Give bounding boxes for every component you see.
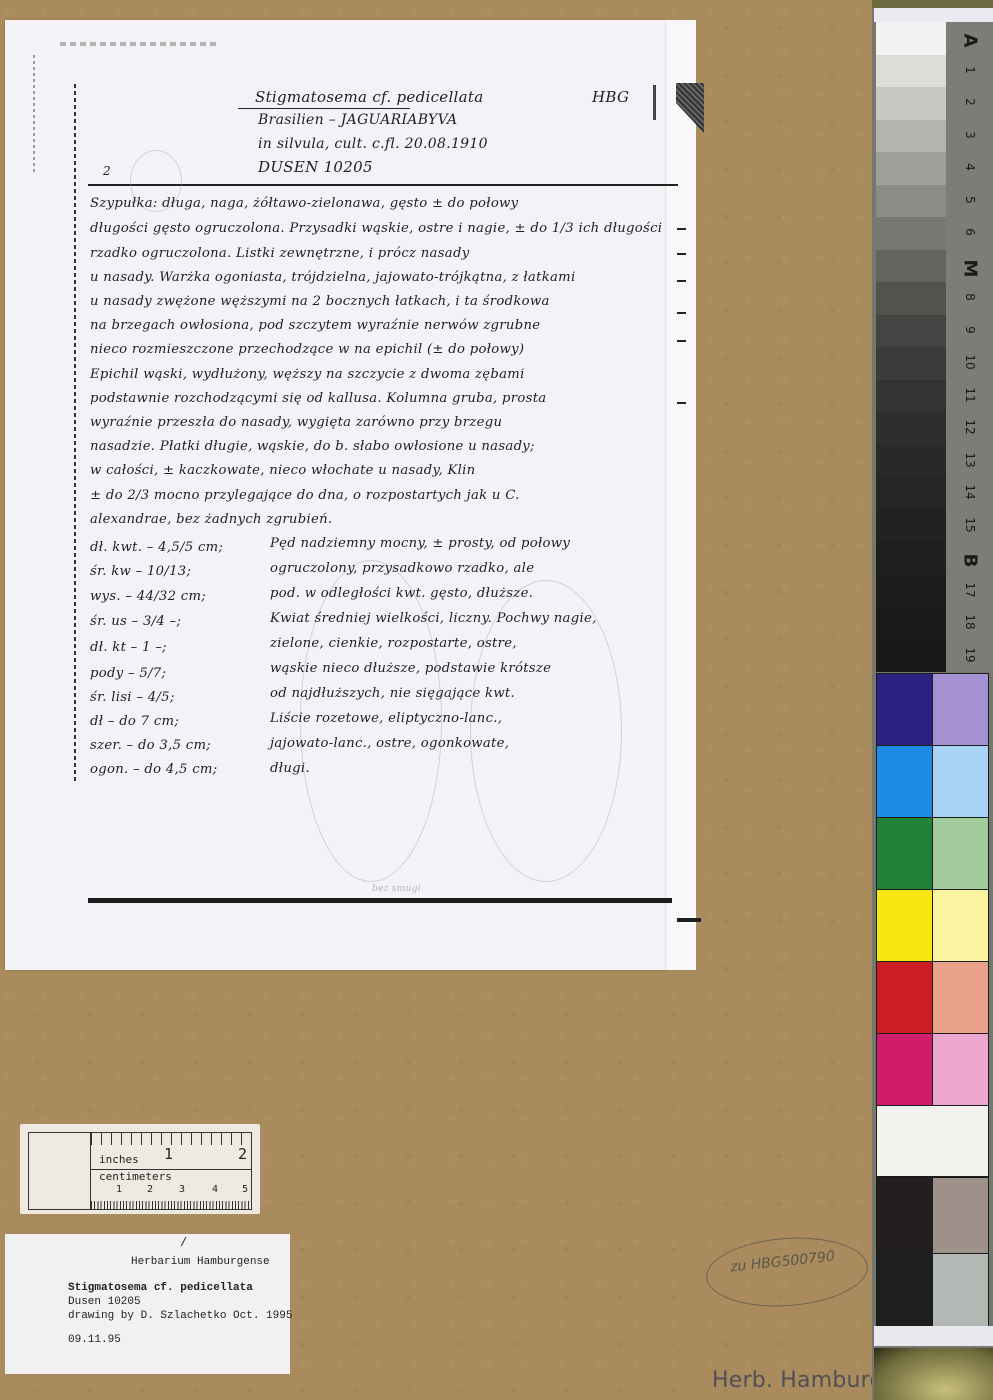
gray-step-label: 12 <box>963 412 977 442</box>
checker-bottom-edge <box>874 1348 993 1400</box>
checker-top-edge <box>872 0 993 8</box>
white-patch <box>876 1105 989 1177</box>
color-checker: A123456M89101112131415B171819 <box>872 0 993 1400</box>
label-taxon: Stigmatosema cf. pedicellata <box>68 1282 253 1294</box>
measurement: śr. lisi – 4/5; <box>90 690 175 705</box>
measurement: ogon. – do 4,5 cm; <box>90 762 217 777</box>
inch-mark-2: 2 <box>238 1145 247 1163</box>
color-patch-light <box>932 961 989 1034</box>
gray-step-label: 2 <box>963 87 977 117</box>
gray-step-label: 10 <box>963 347 977 377</box>
gray-step-label: 3 <box>963 120 977 150</box>
gray-step-label: 4 <box>963 152 977 182</box>
gray-step <box>876 22 946 55</box>
cm-mark: 2 <box>147 1184 153 1195</box>
gray-step <box>876 445 946 478</box>
specimen-title: Stigmatosema cf. pedicellata <box>255 88 483 106</box>
color-patch-dark <box>876 745 933 818</box>
measurement: wys. – 44/32 cm; <box>90 589 206 604</box>
gray-step-label: M <box>960 253 981 283</box>
label-drawing-credit: drawing by D. Szlachetko Oct. 1995 <box>68 1310 292 1322</box>
description-line: Liście rozetowe, eliptyczno-lanc., <box>270 711 502 726</box>
body-line: rzadko ogruczolona. Listki zewnętrzne, i… <box>90 246 469 261</box>
body-line: wyraźnie przeszła do nasady, wygięta zar… <box>90 415 502 430</box>
body-line: nieco rozmieszczone przechodzące w na ep… <box>90 342 524 357</box>
pencil-note: bez smugi <box>372 884 421 894</box>
body-line: Szypułka: długa, naga, żółtawo-zielonawa… <box>90 196 518 211</box>
gray-step <box>876 152 946 185</box>
gray-step <box>876 575 946 608</box>
page-number: 2 <box>103 164 111 178</box>
color-patch-dark <box>876 961 933 1034</box>
gray-step <box>876 185 946 218</box>
gray-step-label: 14 <box>963 477 977 507</box>
color-patch-light <box>932 817 989 890</box>
measurement: dł – do 7 cm; <box>90 714 179 729</box>
copy-artifact-left <box>33 55 35 175</box>
gray-step <box>876 607 946 640</box>
description-line: pod. w odległości kwt. gęsto, dłuższe. <box>270 586 533 601</box>
gray-step-label: 5 <box>963 185 977 215</box>
gray-step-label: A <box>960 26 981 56</box>
color-patch-dark <box>876 1033 933 1106</box>
habitat-date: in silvula, cult. c.fl. 20.08.1910 <box>258 136 488 152</box>
copy-artifact-bar <box>653 85 656 120</box>
description-line: ogruczolony, przysadkowo rzadko, ale <box>270 561 534 576</box>
measurement: śr. us – 3/4 –; <box>90 614 181 629</box>
gray-step-label: 13 <box>963 445 977 475</box>
ruler-blank-area <box>28 1132 91 1210</box>
label-tick-mark: / <box>180 1236 187 1250</box>
gray-step <box>876 87 946 120</box>
inch-ticks <box>91 1133 251 1145</box>
herbarium-label: / Herbarium Hamburgense Stigmatosema cf.… <box>5 1234 290 1374</box>
gray-step-label: 19 <box>963 640 977 670</box>
gray-step <box>876 55 946 88</box>
gray-step-label: 1 <box>963 55 977 85</box>
description-line: jajowato-lanc., ostre, ogonkowate, <box>270 736 509 751</box>
body-line: w całości, ± kaczkowate, nieco włochate … <box>90 463 475 478</box>
color-patch-light <box>932 1033 989 1106</box>
measurement: szer. – do 3,5 cm; <box>90 738 211 753</box>
gray-step <box>876 282 946 315</box>
neutral-patch-dark <box>876 1177 933 1254</box>
description-line: Pęd nadziemny mocny, ± prosty, od połowy <box>270 536 570 551</box>
body-line: nasadzie. Płatki długie, wąskie, do b. s… <box>90 439 535 454</box>
copy-artifact-bottom-bar <box>88 898 672 903</box>
herbarium-stamp: Herb. Hamburg. <box>712 1368 891 1393</box>
measurement: dł. kwt. – 4,5/5 cm; <box>90 540 223 555</box>
gray-step <box>876 347 946 380</box>
copy-artifact-margin-line <box>74 84 76 784</box>
body-line: podstawnie rozchodzącymi się od kallusa.… <box>90 391 546 406</box>
color-patch-dark <box>876 817 933 890</box>
description-line: wąskie nieco dłuższe, podstawie krótsze <box>270 661 551 676</box>
label-date: 09.11.95 <box>68 1334 121 1346</box>
description-line: zielone, cienkie, rozpostarte, ostre, <box>270 636 517 651</box>
gray-step-label: 8 <box>963 282 977 312</box>
gray-step <box>876 640 946 673</box>
body-line: u nasady zwężone węższymi na 2 bocznych … <box>90 294 550 309</box>
gray-step-label: 11 <box>963 380 977 410</box>
ruler-scale: inches 1 2 centimeters 1 2 3 4 5 <box>90 1132 252 1210</box>
gray-step <box>876 120 946 153</box>
scale-ruler: inches 1 2 centimeters 1 2 3 4 5 <box>20 1124 260 1214</box>
description-line: Kwiat średniej wielkości, liczny. Pochwy… <box>270 611 597 626</box>
measurement: pody – 5/7; <box>90 666 166 681</box>
inches-label: inches <box>99 1153 139 1166</box>
cm-mark: 4 <box>212 1184 218 1195</box>
gray-step-label: 17 <box>963 575 977 605</box>
cm-mark: 5 <box>242 1184 248 1195</box>
description-line: od najdłuższych, nie sięgające kwt. <box>270 686 515 701</box>
gray-step-label: 6 <box>963 217 977 247</box>
gray-step-label: B <box>960 546 981 576</box>
gray-step-label: 15 <box>963 510 977 540</box>
herbarium-code: HBG <box>592 88 629 106</box>
gray-step <box>876 542 946 575</box>
color-patch-dark <box>876 673 933 746</box>
collector-number: DUSEN 10205 <box>258 158 373 176</box>
copy-artifact-bottom-tick <box>677 918 701 922</box>
color-patch-dark <box>876 889 933 962</box>
color-patch-light <box>932 745 989 818</box>
description-line: długi. <box>270 761 310 776</box>
measurement: dł. kt – 1 –; <box>90 640 167 655</box>
copy-artifact-top <box>60 42 220 46</box>
cm-ticks <box>91 1201 251 1209</box>
gray-step <box>876 380 946 413</box>
body-line: alexandrae, bez żadnych zgrubień. <box>90 512 332 527</box>
body-line: długości gęsto ogruczolona. Przysadki wą… <box>90 221 662 236</box>
gray-step <box>876 477 946 510</box>
body-line: u nasady. Warżka ogoniasta, trójdzielna,… <box>90 270 575 285</box>
color-patch-light <box>932 673 989 746</box>
locality: Brasilien – JAGUARIABYVA <box>258 112 457 128</box>
neutral-patch-dark <box>876 1253 933 1330</box>
title-underline <box>238 108 410 109</box>
checker-white-band <box>874 8 993 22</box>
gray-step <box>876 315 946 348</box>
gray-step <box>876 217 946 250</box>
gray-step <box>876 510 946 543</box>
label-collector-number: Dusen 10205 <box>68 1296 141 1308</box>
centimeters-label: centimeters <box>99 1170 172 1183</box>
body-line: ± do 2/3 mocno przylegające do dna, o ro… <box>90 488 520 503</box>
body-line: Epichil wąski, wydłużony, węższy na szcz… <box>90 367 525 382</box>
checker-bottom-white-band <box>874 1326 993 1346</box>
measurement: śr. kw – 10/13; <box>90 564 191 579</box>
neutral-patch-light <box>932 1177 989 1254</box>
gray-step-label: 18 <box>963 607 977 637</box>
body-line: na brzegach owłosiona, pod szczytem wyra… <box>90 318 540 333</box>
cm-mark: 1 <box>116 1184 122 1195</box>
gray-step-label: 9 <box>963 315 977 345</box>
neutral-patch-light <box>932 1253 989 1330</box>
label-institution: Herbarium Hamburgense <box>131 1256 270 1268</box>
inch-mark-1: 1 <box>164 1145 173 1163</box>
cm-mark: 3 <box>179 1184 185 1195</box>
gray-step <box>876 412 946 445</box>
color-patch-light <box>932 889 989 962</box>
gray-step <box>876 250 946 283</box>
